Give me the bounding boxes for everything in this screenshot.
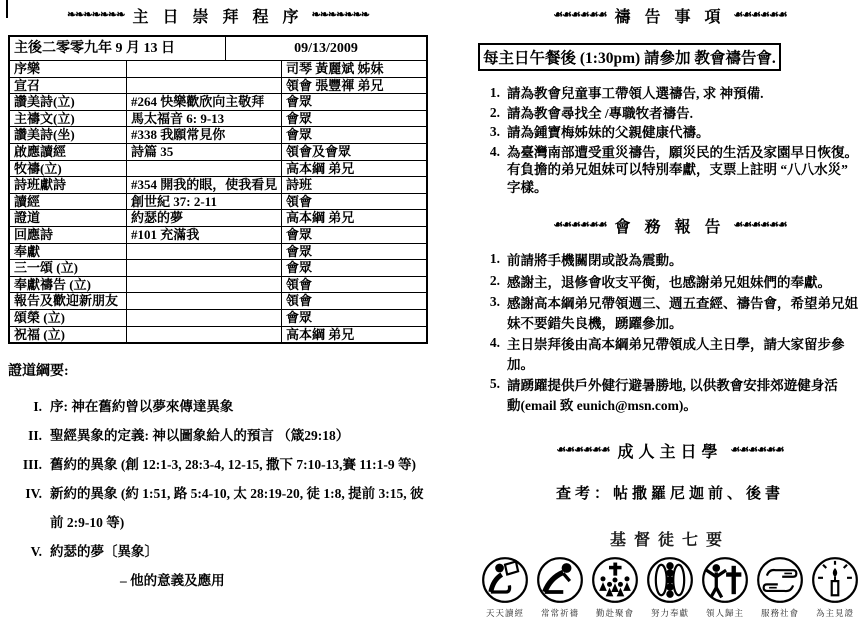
table-row: 證道 約瑟的夢 高本綱 弟兄	[10, 209, 426, 226]
item-text: 請為教會尋找全 /專職牧者禱告.	[507, 105, 862, 123]
program-item-cell: 三一頌 (立)	[10, 260, 126, 276]
table-row: 詩班獻詩 #354 開我的眼，使我看見 詩班	[10, 176, 426, 193]
ornament-left-icon: ❧❧❧❧❧❧❧	[67, 10, 125, 21]
seven-essentials-section: 基督徒七要 天天讀經	[478, 527, 862, 619]
ornament-right-icon: ☙☙☙☙☙☙	[734, 10, 787, 21]
prayer-items-title: ☙☙☙☙☙☙ 禱 告 事 項 ☙☙☙☙☙☙	[478, 4, 862, 27]
program-detail-cell	[126, 61, 281, 77]
seven-item: 服務社會	[755, 556, 806, 619]
program-detail-cell	[126, 244, 281, 260]
program-item-cell: 祝福 (立)	[10, 327, 126, 343]
ornament-left-icon: ☙☙☙☙☙☙	[553, 220, 606, 231]
outline-text-main: 舊約的異象 (創 12:1-3, 28:3-4, 12-15, 撒下 7:10-…	[50, 457, 416, 472]
program-leader-cell: 會眾	[281, 111, 426, 127]
prayer-items-list: 1. 請為教會兒童事工帶領人選禱告, 求 神預備. 2. 請為教會尋找全 /專職…	[484, 85, 862, 196]
seven-item-label: 領人歸主	[700, 607, 751, 619]
program-detail-cell: 約瑟的夢	[126, 210, 281, 226]
list-item: II. 聖經異象的定義: 神以圖象給人的預言 （箴29:18）	[8, 421, 428, 450]
program-leader-cell: 領會	[281, 194, 426, 210]
program-item-cell: 主禱文(立)	[10, 111, 126, 127]
list-item: 1. 前請將手機關閉或設為震動。	[484, 251, 862, 271]
program-detail-cell: #264 快樂歡欣向主敬拜	[126, 94, 281, 110]
program-leader-cell: 高本綱 弟兄	[281, 210, 426, 226]
program-item-cell: 證道	[10, 210, 126, 226]
offering-icon	[646, 556, 694, 604]
seven-item: 為主見證	[810, 556, 861, 619]
ornament-right-icon: ☙☙☙☙☙☙	[734, 220, 787, 231]
program-detail-cell: 詩篇 35	[126, 144, 281, 160]
program-table-body: 序樂 司琴 黃麗斌 姊妹 宣召 領會 張豐禈 弟兄 讚美詩(立) #264 快樂…	[10, 60, 426, 342]
program-detail-cell	[126, 260, 281, 276]
item-number: 3.	[484, 124, 500, 142]
item-number: 3.	[484, 294, 500, 333]
church-affairs-title-text: 會 務 報 告	[614, 214, 725, 237]
program-item-cell: 奉獻禱告 (立)	[10, 277, 126, 293]
table-row: 序樂 司琴 黃麗斌 姊妹	[10, 60, 426, 77]
item-text: 前請將手機關閉或設為震動。	[507, 251, 862, 271]
prayer-items-title-text: 禱 告 事 項	[614, 4, 725, 27]
table-row: 報告及歡迎新朋友 領會	[10, 292, 426, 309]
adult-sunday-school-title: ☙☙☙☙☙☙ 成人主日學 ☙☙☙☙☙☙	[478, 439, 862, 462]
outline-text-main: 序: 神在舊約曾以夢來傳達異象	[50, 399, 233, 414]
item-number: 5.	[484, 376, 500, 415]
program-item-cell: 詩班獻詩	[10, 177, 126, 193]
serve-society-icon	[756, 556, 804, 604]
seven-item: 努力奉獻	[645, 556, 696, 619]
sermon-outline-heading: 證道綱要:	[8, 360, 428, 380]
seven-item-label: 服務社會	[755, 607, 806, 619]
list-item: 4. 為臺灣南部遭受重災禱告，願災民的生活及家園早日恢復。有負擔的弟兄姐妹可以特…	[484, 144, 862, 197]
ornament-right-icon: ☙☙☙☙☙☙	[731, 445, 784, 456]
table-row: 三一頌 (立) 會眾	[10, 259, 426, 276]
program-leader-cell: 會眾	[281, 227, 426, 243]
outline-text: 舊約的異象 (創 12:1-3, 28:3-4, 12-15, 撒下 7:10-…	[50, 450, 428, 479]
seven-item-label: 勤赴聚會	[590, 607, 641, 619]
table-row: 頌榮 (立) 會眾	[10, 309, 426, 326]
item-number: 1.	[484, 85, 500, 103]
program-table: 主後二零零九年 9 月 13 日 09/13/2009 序樂 司琴 黃麗斌 姊妹…	[8, 35, 428, 344]
program-leader-cell: 會眾	[281, 94, 426, 110]
ornament-right-icon: ❧❧❧❧❧❧❧	[312, 10, 370, 21]
outline-text-main: 新約的異象 (約 1:51, 路 5:4-10, 太 28:19-20, 徒 1…	[50, 486, 423, 530]
program-leader-cell: 詩班	[281, 177, 426, 193]
item-text: 為臺灣南部遭受重災禱告，願災民的生活及家園早日恢復。有負擔的弟兄姐妹可以特別奉獻…	[507, 144, 862, 197]
church-affairs-list: 1. 前請將手機關閉或設為震動。 2. 感謝主，退修會收支平衡，也感謝弟兄姐妹們…	[484, 251, 862, 415]
list-item: 4. 主日崇拜後由高本綱弟兄帶領成人主日學，請大家留步參 加。	[484, 335, 862, 374]
item-text: 請為鍾寶梅姊妹的父親健康代禱。	[507, 124, 862, 142]
study-scripture-line: 查考：帖撒羅尼迦前、後書	[478, 482, 862, 503]
list-item: III. 舊約的異象 (創 12:1-3, 28:3-4, 12-15, 撒下 …	[8, 450, 428, 479]
worship-program-title-text: 主 日 崇 拜 程 序	[132, 4, 303, 27]
program-item-cell: 序樂	[10, 61, 126, 77]
list-item: V. 約瑟的夢〔異象〕 – 他的意義及應用	[8, 537, 428, 595]
program-leader-cell: 會眾	[281, 310, 426, 326]
program-detail-cell	[126, 310, 281, 326]
program-item-cell: 牧禱(立)	[10, 161, 126, 177]
program-leader-cell: 高本綱 弟兄	[281, 327, 426, 343]
table-row: 祝福 (立) 高本綱 弟兄	[10, 326, 426, 343]
outline-text-main: 約瑟的夢〔異象〕	[50, 544, 158, 559]
program-leader-cell: 會眾	[281, 127, 426, 143]
prayer-meeting-notice: 每主日午餐後 (1:30pm) 請參加 教會禱告會.	[478, 43, 781, 71]
table-row: 奉獻 會眾	[10, 243, 426, 260]
seven-item: 天天讀經	[480, 556, 531, 619]
list-item: 3. 請為鍾寶梅姊妹的父親健康代禱。	[484, 124, 862, 142]
seven-item-label: 常常祈禱	[535, 607, 586, 619]
seven-essentials-title: 基督徒七要	[478, 527, 862, 550]
outline-text: 約瑟的夢〔異象〕 – 他的意義及應用	[50, 537, 428, 595]
program-leader-cell: 高本綱 弟兄	[281, 161, 426, 177]
church-affairs-title: ☙☙☙☙☙☙ 會 務 報 告 ☙☙☙☙☙☙	[478, 214, 862, 237]
service-date-chinese: 主後二零零九年 9 月 13 日	[10, 37, 225, 60]
announcements-column: ☙☙☙☙☙☙ 禱 告 事 項 ☙☙☙☙☙☙ 每主日午餐後 (1:30pm) 請參…	[478, 4, 862, 619]
item-text: 感謝高本綱弟兄帶領週三、週五查經、禱告會，希望弟兄姐妹不要錯失良機，踴躍參加。	[507, 294, 862, 333]
sermon-outline-list: I. 序: 神在舊約曾以夢來傳達異象 II. 聖經異象的定義: 神以圖象給人的預…	[8, 392, 428, 595]
program-item-cell: 報告及歡迎新朋友	[10, 293, 126, 309]
table-row: 啟應讀經 詩篇 35 領會及會眾	[10, 143, 426, 160]
list-item: IV. 新約的異象 (約 1:51, 路 5:4-10, 太 28:19-20,…	[8, 479, 428, 537]
item-number: 2.	[484, 273, 500, 293]
pray-icon	[536, 556, 584, 604]
item-text: 請為教會兒童事工帶領人選禱告, 求 神預備.	[507, 85, 862, 103]
item-number: 4.	[484, 144, 500, 197]
outline-numeral: III.	[8, 450, 42, 479]
table-row: 讚美詩(坐) #338 我願常見你 會眾	[10, 126, 426, 143]
program-detail-cell	[126, 78, 281, 94]
program-leader-cell: 司琴 黃麗斌 姊妹	[281, 61, 426, 77]
program-detail-cell: #354 開我的眼，使我看見	[126, 177, 281, 193]
table-row: 主禱文(立) 馬太福音 6: 9-13 會眾	[10, 110, 426, 127]
outline-text: 序: 神在舊約曾以夢來傳達異象	[50, 392, 428, 421]
worship-program-title: ❧❧❧❧❧❧❧ 主 日 崇 拜 程 序 ❧❧❧❧❧❧❧	[8, 4, 428, 27]
sermon-outline: 證道綱要: I. 序: 神在舊約曾以夢來傳達異象 II. 聖經異象的定義: 神以…	[8, 360, 428, 595]
program-item-cell: 啟應讀經	[10, 144, 126, 160]
program-detail-cell	[126, 161, 281, 177]
program-detail-cell	[126, 293, 281, 309]
item-number: 2.	[484, 105, 500, 123]
program-leader-cell: 會眾	[281, 244, 426, 260]
program-leader-cell: 領會	[281, 293, 426, 309]
program-item-cell: 讀經	[10, 194, 126, 210]
program-item-cell: 讚美詩(立)	[10, 94, 126, 110]
adult-sunday-school-title-text: 成人主日學	[617, 439, 722, 462]
table-row: 牧禱(立) 高本綱 弟兄	[10, 160, 426, 177]
item-text: 感謝主，退修會收支平衡，也感謝弟兄姐妹們的奉獻。	[507, 273, 862, 293]
program-detail-cell: 創世紀 37: 2-11	[126, 194, 281, 210]
seven-item: 勤赴聚會	[590, 556, 641, 619]
seven-item-label: 為主見證	[810, 607, 861, 619]
seven-essentials-icons: 天天讀經 常常祈禱	[478, 556, 862, 619]
program-leader-cell: 領會及會眾	[281, 144, 426, 160]
outline-text-main: 聖經異象的定義: 神以圖象給人的預言 （箴29:18）	[50, 428, 349, 443]
program-item-cell: 回應詩	[10, 227, 126, 243]
item-number: 1.	[484, 251, 500, 271]
table-row: 奉獻禱告 (立) 領會	[10, 276, 426, 293]
outline-numeral: II.	[8, 421, 42, 450]
program-item-cell: 頌榮 (立)	[10, 310, 126, 326]
program-item-cell: 宣召	[10, 78, 126, 94]
program-table-header-row: 主後二零零九年 9 月 13 日 09/13/2009	[10, 37, 426, 60]
program-detail-cell: #101 充滿我	[126, 227, 281, 243]
ornament-left-icon: ☙☙☙☙☙☙	[556, 445, 609, 456]
seven-item-label: 天天讀經	[480, 607, 531, 619]
outline-numeral: IV.	[8, 479, 42, 537]
worship-program-column: ❧❧❧❧❧❧❧ 主 日 崇 拜 程 序 ❧❧❧❧❧❧❧ 主後二零零九年 9 月 …	[8, 4, 428, 595]
table-row: 讀經 創世紀 37: 2-11 領會	[10, 193, 426, 210]
program-item-cell: 讚美詩(坐)	[10, 127, 126, 143]
list-item: 5. 請踴躍提供戶外健行避暑勝地, 以供教會安排郊遊健身活 動(email 致 …	[484, 376, 862, 415]
program-detail-cell: #338 我願常見你	[126, 127, 281, 143]
item-number: 4.	[484, 335, 500, 374]
read-bible-icon	[481, 556, 529, 604]
table-row: 宣召 領會 張豐禈 弟兄	[10, 77, 426, 94]
program-detail-cell	[126, 327, 281, 343]
program-detail-cell: 馬太福音 6: 9-13	[126, 111, 281, 127]
seven-item: 領人歸主	[700, 556, 751, 619]
seven-item: 常常祈禱	[535, 556, 586, 619]
program-detail-cell	[126, 277, 281, 293]
outline-numeral: I.	[8, 392, 42, 421]
list-item: I. 序: 神在舊約曾以夢來傳達異象	[8, 392, 428, 421]
outline-numeral: V.	[8, 537, 42, 595]
list-item: 2. 請為教會尋找全 /專職牧者禱告.	[484, 105, 862, 123]
list-item: 2. 感謝主，退修會收支平衡，也感謝弟兄姐妹們的奉獻。	[484, 273, 862, 293]
lead-to-christ-icon	[701, 556, 749, 604]
table-row: 回應詩 #101 充滿我 會眾	[10, 226, 426, 243]
table-row: 讚美詩(立) #264 快樂歡欣向主敬拜 會眾	[10, 93, 426, 110]
program-leader-cell: 領會	[281, 277, 426, 293]
outline-subitem: – 他的意義及應用	[120, 566, 428, 595]
program-item-cell: 奉獻	[10, 244, 126, 260]
program-leader-cell: 領會 張豐禈 弟兄	[281, 78, 426, 94]
seven-item-label: 努力奉獻	[645, 607, 696, 619]
outline-text: 聖經異象的定義: 神以圖象給人的預言 （箴29:18）	[50, 421, 428, 450]
list-item: 1. 請為教會兒童事工帶領人選禱告, 求 神預備.	[484, 85, 862, 103]
service-date-numeric: 09/13/2009	[225, 37, 426, 60]
attend-meeting-icon	[591, 556, 639, 604]
witness-icon	[811, 556, 859, 604]
program-leader-cell: 會眾	[281, 260, 426, 276]
list-item: 3. 感謝高本綱弟兄帶領週三、週五查經、禱告會，希望弟兄姐妹不要錯失良機，踴躍參…	[484, 294, 862, 333]
ornament-left-icon: ☙☙☙☙☙☙	[553, 10, 606, 21]
item-text: 主日崇拜後由高本綱弟兄帶領成人主日學，請大家留步參 加。	[507, 335, 862, 374]
outline-text: 新約的異象 (約 1:51, 路 5:4-10, 太 28:19-20, 徒 1…	[50, 479, 428, 537]
item-text: 請踴躍提供戶外健行避暑勝地, 以供教會安排郊遊健身活 動(email 致 eun…	[507, 376, 862, 415]
